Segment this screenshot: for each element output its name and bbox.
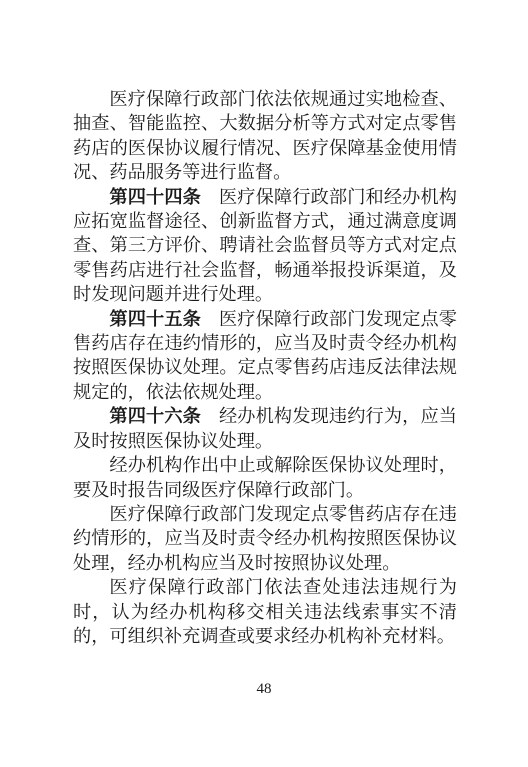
paragraph-supplementary-investigation: 医疗保障行政部门依法查处违法违规行为时，认为经办机构移交相关违法线索事实不清的，… (73, 576, 457, 649)
article-46: 第四十六条经办机构发现违约行为，应当及时按照医保协议处理。 (73, 405, 457, 454)
article-number: 第四十四条 (109, 187, 201, 208)
paragraph-text: 医疗保障行政部门依法查处违法违规行为时，认为经办机构移交相关违法线索事实不清的，… (73, 577, 457, 647)
paragraph-suspension-report: 经办机构作出中止或解除医保协议处理时，要及时报告同级医疗保障行政部门。 (73, 454, 457, 503)
article-44: 第四十四条医疗保障行政部门和经办机构应拓宽监督途径、创新监督方式，通过满意度调查… (73, 186, 457, 308)
paragraph-violation-handling: 医疗保障行政部门发现定点零售药店存在违约情形的，应当及时责令经办机构按照医保协议… (73, 503, 457, 576)
article-45: 第四十五条医疗保障行政部门发现定点零售药店存在违约情形的，应当及时责令经办机构按… (73, 308, 457, 406)
paragraph-text: 医疗保障行政部门发现定点零售药店存在违约情形的，应当及时责令经办机构按照医保协议… (73, 504, 457, 574)
paragraph-supervision-methods: 医疗保障行政部门依法依规通过实地检查、抽查、智能监控、大数据分析等方式对定点零售… (73, 88, 457, 186)
document-page: 医疗保障行政部门依法依规通过实地检查、抽查、智能监控、大数据分析等方式对定点零售… (0, 0, 528, 767)
paragraph-text: 经办机构作出中止或解除医保协议处理时，要及时报告同级医疗保障行政部门。 (73, 455, 457, 500)
page-number: 48 (0, 681, 528, 698)
article-number: 第四十六条 (109, 406, 201, 427)
paragraph-text: 医疗保障行政部门依法依规通过实地检查、抽查、智能监控、大数据分析等方式对定点零售… (73, 89, 457, 183)
article-number: 第四十五条 (109, 309, 201, 330)
body-text: 医疗保障行政部门依法依规通过实地检查、抽查、智能监控、大数据分析等方式对定点零售… (73, 88, 457, 649)
